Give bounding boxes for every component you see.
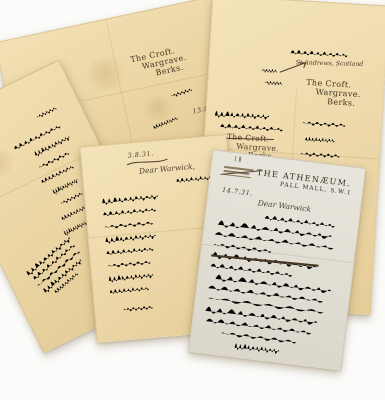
handwriting-line xyxy=(104,230,157,243)
handwriting-annotation xyxy=(290,47,348,60)
croft-letterhead: The Croft. Wargrave. Berks. xyxy=(129,44,189,82)
letter-sheet-athenaeum: THE ATHENÆUM. PALL MALL, S.W.1 14.7.31. … xyxy=(188,149,366,370)
handwriting-line xyxy=(108,270,155,283)
handwriting-line xyxy=(109,283,150,295)
handwriting-mark xyxy=(34,103,58,121)
handwritten-date: 14.7.31. xyxy=(222,186,254,198)
handwriting-line xyxy=(101,191,160,205)
paper-stain xyxy=(80,53,132,96)
handwriting-line xyxy=(214,108,270,120)
handwriting-line xyxy=(107,257,152,270)
handwriting-mark xyxy=(264,77,283,87)
croft-letterhead: The Croft. Wargrave. Berks. xyxy=(305,78,362,108)
handwriting-line xyxy=(103,218,154,231)
handwriting-line xyxy=(302,118,346,130)
handwriting-line xyxy=(102,204,157,218)
handwriting-mark xyxy=(123,302,154,314)
handwriting-line xyxy=(106,244,155,257)
handwriting-mark xyxy=(261,65,278,75)
handwriting-line xyxy=(300,149,340,160)
pencil-marks xyxy=(235,156,241,162)
photograph-of-handwritten-letters: The Croft. Wargrave. Berks. 13.8.31. St … xyxy=(0,0,385,400)
athenaeum-letterhead: THE ATHENÆUM. PALL MALL, S.W.1 xyxy=(254,168,354,197)
handwriting-line xyxy=(305,134,335,145)
handwriting-mark xyxy=(169,84,193,99)
